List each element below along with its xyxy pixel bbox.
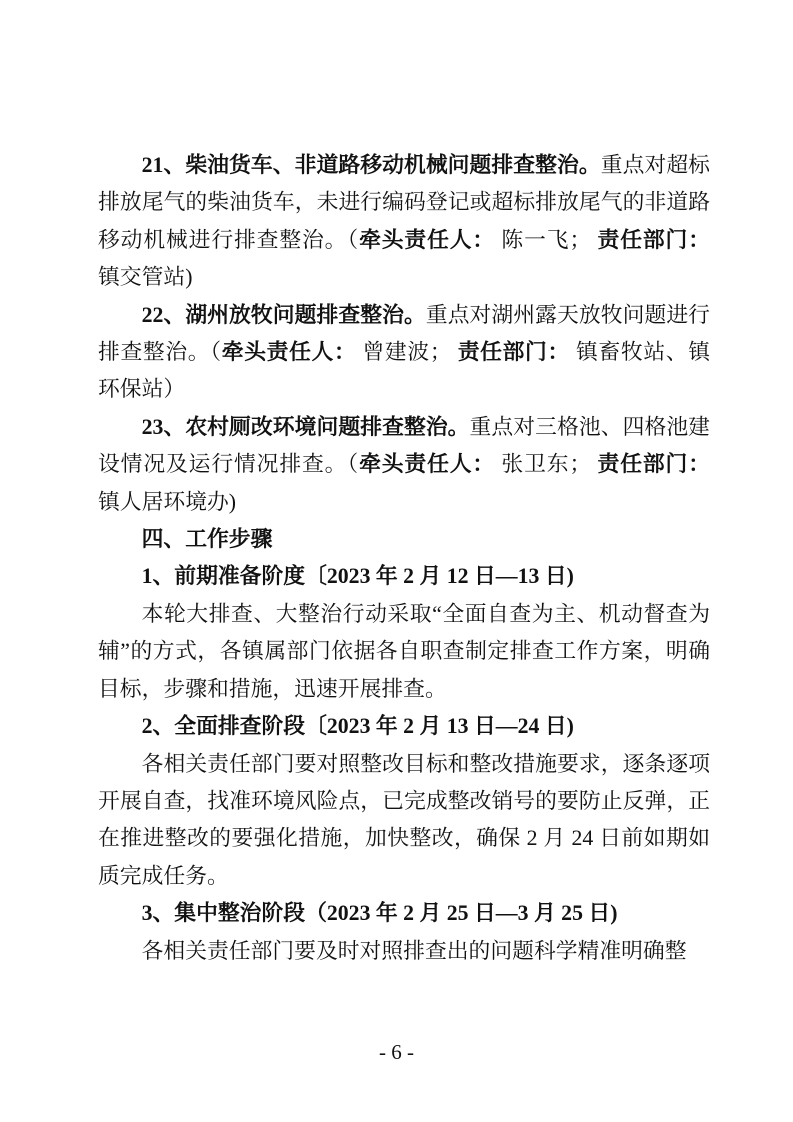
section-4-heading-text: 四、工作步骤 [142,527,273,551]
stage-2-heading-text: 2、全面排查阶段〔2023 年 2 月 13 日—24 日) [142,714,574,738]
paragraph-item-21: 21、柴油货车、非道路移动机械问题排查整治。重点对超标排放尾气的柴油货车，未进行… [98,147,710,297]
item-22-title: 22、湖州放牧问题排查整治。 [142,303,426,327]
item-22-lead-person-label: 牵头责任人： [222,340,357,364]
item-23-dept-value: 镇人居环境办) [98,490,236,514]
stage-1-heading-text: 1、前期准备阶度〔2023 年 2 月 12 日—13 日) [142,564,574,588]
item-23-dept-label: 责任部门： [598,452,710,476]
item-21-lead-person-label: 牵头责任人： [359,228,495,252]
stage-3-heading: 3、集中整治阶段（2023 年 2 月 25 日—3 月 25 日) [98,895,710,932]
item-23-lead-person-value: 张卫东； [495,452,597,476]
page-number: - 6 - [0,1040,793,1064]
stage-3-heading-text: 3、集中整治阶段（2023 年 2 月 25 日—3 月 25 日) [142,901,618,925]
paragraph-item-23: 23、农村厕改环境问题排查整治。重点对三格池、四格池建设情况及运行情况排查。（牵… [98,409,710,521]
paragraph-item-22: 22、湖州放牧问题排查整治。重点对湖州露天放牧问题进行排查整治。（牵头责任人： … [98,297,710,409]
stage-3-body-text: 各相关责任部门要及时对照排查出的问题科学精准明确整 [142,939,687,963]
stage-1-body-text: 本轮大排查、大整治行动采取“全面自查为主、机动督查为辅”的方式，各镇属部门依据各… [98,602,710,701]
item-21-title: 21、柴油货车、非道路移动机械问题排查整治。 [142,153,601,177]
item-21-dept-label: 责任部门： [598,228,710,252]
document-page: 21、柴油货车、非道路移动机械问题排查整治。重点对超标排放尾气的柴油货车，未进行… [0,0,793,1122]
item-22-dept-label: 责任部门： [458,340,570,364]
item-23-title: 23、农村厕改环境问题排查整治。 [142,415,470,439]
item-22-lead-person-value: 曾建波； [356,340,457,364]
stage-1-heading: 1、前期准备阶度〔2023 年 2 月 12 日—13 日) [98,558,710,595]
stage-3-body: 各相关责任部门要及时对照排查出的问题科学精准明确整 [98,933,710,970]
stage-2-heading: 2、全面排查阶段〔2023 年 2 月 13 日—24 日) [98,708,710,745]
item-23-lead-person-label: 牵头责任人： [359,452,495,476]
document-body: 21、柴油货车、非道路移动机械问题排查整治。重点对超标排放尾气的柴油货车，未进行… [98,147,710,970]
stage-2-body-text: 各相关责任部门要对照整改目标和整改措施要求，逐条逐项开展自查，找准环境风险点，已… [98,752,710,888]
stage-1-body: 本轮大排查、大整治行动采取“全面自查为主、机动督查为辅”的方式，各镇属部门依据各… [98,596,710,708]
item-21-lead-person-value: 陈一飞； [495,228,597,252]
stage-2-body: 各相关责任部门要对照整改目标和整改措施要求，逐条逐项开展自查，找准环境风险点，已… [98,746,710,896]
item-21-dept-value: 镇交管站) [98,265,192,289]
section-4-heading: 四、工作步骤 [98,521,710,558]
